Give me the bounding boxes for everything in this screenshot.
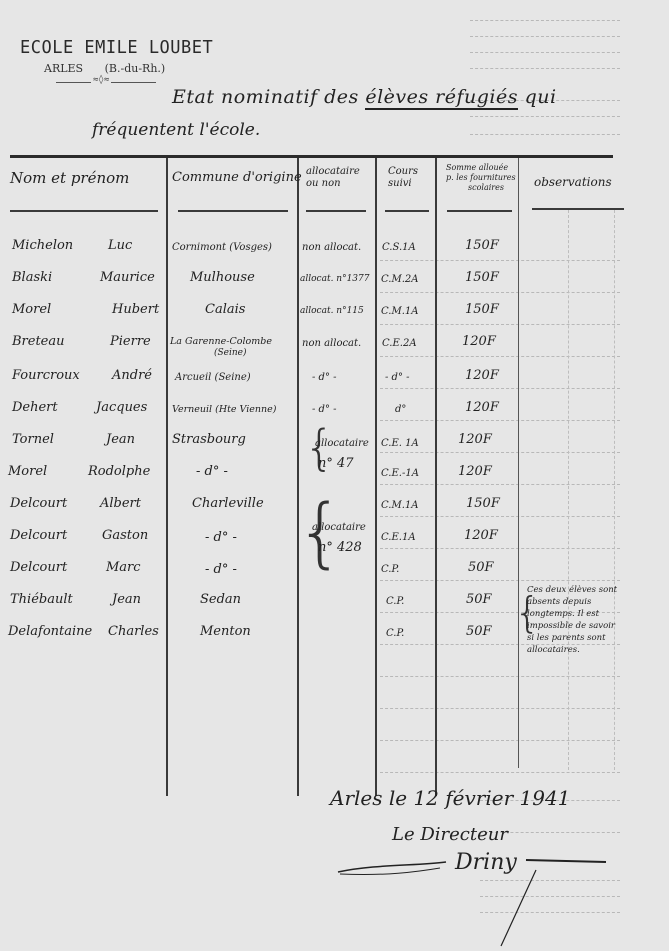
origin: - d° - [205, 530, 237, 545]
origin: Charleville [192, 496, 264, 511]
header-allocation-line1: allocataire [306, 166, 360, 178]
course: C.E.-1A [381, 468, 419, 479]
allocation: - d° - [312, 404, 337, 415]
signatory-role: Le Directeur [392, 824, 508, 845]
department: (B.-du-Rh.) [105, 62, 166, 75]
amount: 150F [465, 302, 499, 317]
observation-note: Ces deux élèves sont absents depuis long… [527, 584, 623, 656]
header-underline [178, 210, 288, 212]
course: C.S.1A [382, 242, 416, 253]
surname: Tornel [12, 432, 54, 447]
header-course-line2: suivi [388, 178, 418, 190]
surname: Blaski [12, 270, 52, 285]
column-divider [518, 158, 519, 768]
firstname: Jean [112, 592, 141, 607]
amount: 150F [466, 496, 500, 511]
header-underline [532, 208, 624, 210]
firstname: Gaston [102, 528, 148, 543]
allocation: - d° - [312, 372, 337, 383]
amount: 150F [465, 238, 499, 253]
amount: 150F [465, 270, 499, 285]
surname: Delcourt [10, 528, 67, 543]
amount: 50F [466, 592, 492, 607]
grouped-allocation: allocataire [312, 522, 366, 533]
origin-note: (Seine) [214, 348, 247, 358]
header-amount-line2: p. les fournitures [446, 173, 516, 183]
grouped-allocation: allocataire [315, 438, 369, 449]
signature-flourish-icon [336, 858, 616, 948]
surname: Thiébault [10, 592, 73, 607]
origin: Menton [200, 624, 251, 639]
allocation: non allocat. [302, 338, 361, 349]
course: C.M.1A [381, 500, 418, 511]
letterhead-stamp: ECOLE EMILE LOUBET ARLES (B.-du-Rh.) [20, 38, 213, 83]
header-underline [385, 210, 429, 212]
firstname: Jean [106, 432, 135, 447]
amount: 120F [465, 368, 499, 383]
school-location: ARLES (B.-du-Rh.) [44, 62, 213, 75]
header-observations: observations [534, 176, 612, 188]
title-underlined: élèves réfugiés [365, 86, 518, 110]
firstname: André [112, 368, 152, 383]
ornament-divider [56, 82, 156, 83]
origin: - d° - [196, 464, 228, 479]
amount: 120F [464, 528, 498, 543]
header-allocation-line2: ou non [306, 178, 360, 190]
origin: Calais [205, 302, 245, 317]
amount: 120F [462, 334, 496, 349]
course: C.P. [386, 628, 404, 639]
allocation: allocat. n°115 [300, 306, 364, 316]
header-amount-line1: Somme allouée [446, 163, 516, 173]
grouped-allocation-number: n° 47 [318, 456, 354, 471]
amount: 120F [458, 432, 492, 447]
header-course: Cours suivi [388, 166, 418, 190]
course: C.P. [381, 564, 399, 575]
header-course-line1: Cours [388, 166, 418, 178]
amount: 50F [468, 560, 494, 575]
surname: Delafontaine [8, 624, 92, 639]
place-date: Arles le 12 février 1941 [330, 786, 570, 810]
column-divider [297, 158, 299, 796]
firstname: Luc [108, 238, 132, 253]
course: C.E.1A [381, 532, 416, 543]
header-name: Nom et prénom [10, 172, 129, 184]
header-underline [306, 210, 366, 212]
origin: Arcueil (Seine) [175, 372, 251, 383]
surname: Delcourt [10, 496, 67, 511]
header-underline [447, 210, 512, 212]
column-divider [166, 158, 168, 796]
allocation: non allocat. [302, 242, 361, 253]
firstname: Pierre [110, 334, 151, 349]
header-origin: Commune d'origine [172, 172, 302, 184]
origin: - d° - [205, 562, 237, 577]
header-amount-line3: scolaires [446, 183, 516, 193]
title-prefix: Etat nominatif des [172, 86, 359, 108]
firstname: Jacques [96, 400, 147, 415]
document-title-line2: fréquentent l'école. [92, 120, 260, 140]
surname: Michelon [12, 238, 73, 253]
column-divider [435, 158, 437, 796]
header-allocation: allocataire ou non [306, 166, 360, 190]
surname: Delcourt [10, 560, 67, 575]
course: d° [395, 404, 406, 415]
origin: La Garenne-Colombe [170, 336, 272, 347]
course: C.E.2A [382, 338, 417, 349]
firstname: Charles [108, 624, 159, 639]
firstname: Marc [106, 560, 141, 575]
surname: Morel [12, 302, 51, 317]
header-underline [10, 210, 158, 212]
course: C.M.2A [381, 274, 418, 285]
grouped-allocation-number: n° 428 [318, 540, 362, 555]
header-amount: Somme allouée p. les fournitures scolair… [446, 163, 516, 193]
surname: Dehert [12, 400, 58, 415]
school-name: ECOLE EMILE LOUBET [20, 38, 213, 59]
origin: Verneuil (Hte Vienne) [172, 404, 276, 415]
amount: 50F [466, 624, 492, 639]
city: ARLES [44, 62, 83, 75]
firstname: Albert [100, 496, 141, 511]
firstname: Maurice [100, 270, 155, 285]
origin: Sedan [200, 592, 241, 607]
origin: Mulhouse [190, 270, 255, 285]
title-suffix: qui [525, 86, 557, 108]
origin: Cornimont (Vosges) [172, 242, 272, 253]
firstname: Hubert [112, 302, 159, 317]
course: C.M.1A [381, 306, 418, 317]
course: C.E. 1A [381, 438, 419, 449]
surname: Morel [8, 464, 47, 479]
amount: 120F [465, 400, 499, 415]
course: - d° - [385, 372, 410, 383]
origin: Strasbourg [172, 432, 246, 447]
course: C.P. [386, 596, 404, 607]
table-top-rule [10, 155, 613, 158]
column-divider [375, 158, 377, 796]
document-title: Etat nominatif des élèves réfugiés qui [172, 86, 557, 108]
allocation: allocat. n°1377 [300, 274, 370, 284]
surname: Fourcroux [12, 368, 80, 383]
firstname: Rodolphe [88, 464, 150, 479]
amount: 120F [458, 464, 492, 479]
surname: Breteau [12, 334, 65, 349]
